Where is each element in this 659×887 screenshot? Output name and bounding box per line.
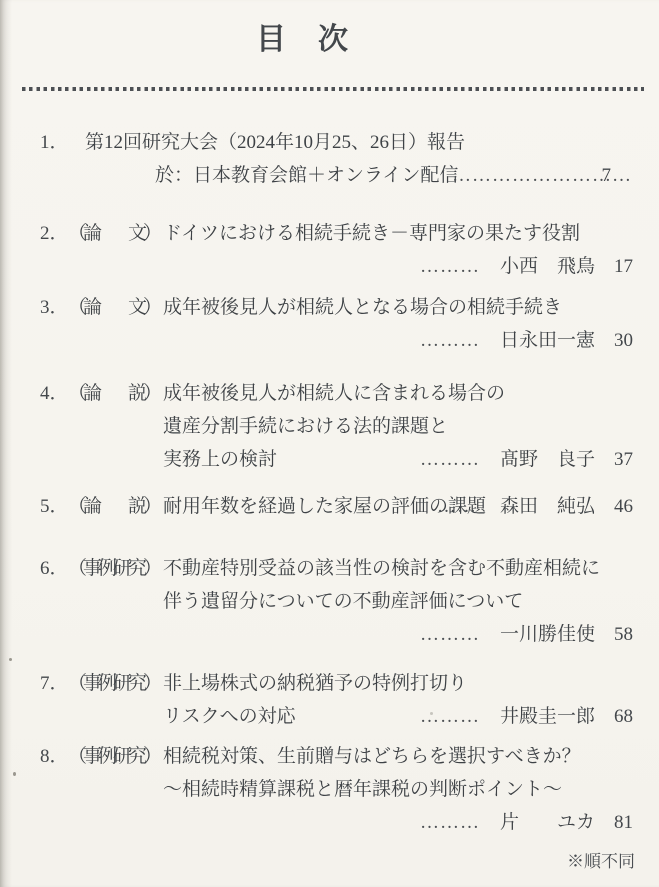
leader-dots: ………	[420, 700, 480, 733]
toc-entry-7-line-1: 7． （事例研究） 非上場株式の納税猶予の特例打切り	[0, 667, 659, 700]
toc-entry-5: 5． （論 説） 耐用年数を経過した家屋の評価の課題 …… 森田 純弘 46	[0, 490, 659, 523]
entry-author: 髙野 良子	[500, 443, 595, 476]
toc-entry-8-line-2: ～相続時精算課税と暦年課税の判断ポイント～	[0, 773, 659, 806]
entry-title-continued: 実務上の検討	[163, 443, 277, 476]
entry-title-continued: ～相続時精算課税と暦年課税の判断ポイント～	[163, 773, 562, 806]
dotted-separator	[22, 87, 644, 91]
scanned-toc-page: 目 次 1． 第12回研究大会（2024年10月25、26日）報告 於：日本教育…	[0, 0, 659, 887]
entry-title: 成年被後見人が相続人に含まれる場合の	[163, 377, 505, 410]
toc-entry-8-line-1: 8． （事例研究） 相続税対策、生前贈与はどちらを選択すべきか？	[0, 740, 659, 773]
page-number: 30	[599, 324, 633, 357]
page-number: 37	[599, 443, 633, 476]
leader-dots: ………	[420, 806, 480, 839]
entry-category: （事例研究）	[68, 552, 158, 585]
leader-dots: ………	[420, 443, 480, 476]
leader-dots: ………	[420, 324, 480, 357]
toc-entry-3: 3． （論 文） 成年被後見人が相続人となる場合の相続手続き ……… 日永田一憲…	[0, 291, 659, 357]
page-number: 58	[599, 618, 633, 651]
toc-entry-3-line-1: 3． （論 文） 成年被後見人が相続人となる場合の相続手続き	[0, 291, 659, 324]
entry-author: 森田 純弘	[500, 490, 595, 523]
toc-entry-4-line-1: 4． （論 説） 成年被後見人が相続人に含まれる場合の	[0, 377, 659, 410]
entry-number: 4．	[40, 377, 69, 410]
entry-number: 7．	[40, 667, 69, 700]
toc-entry-1-line-2: 於：日本教育会館＋オンライン配信 ……………………… 7	[0, 159, 659, 192]
entry-title: 成年被後見人が相続人となる場合の相続手続き	[163, 291, 562, 324]
entry-number: 6．	[40, 552, 69, 585]
entry-title-continued: 遺産分割手続における法的課題と	[163, 410, 448, 443]
toc-entry-8: 8． （事例研究） 相続税対策、生前贈与はどちらを選択すべきか？ ～相続時精算課…	[0, 740, 659, 839]
entry-author: 日永田一憲	[500, 324, 595, 357]
toc-entry-2: 2． （論 文） ドイツにおける相続手続き－専門家の果たす役割 ……… 小西 飛…	[0, 217, 659, 283]
entry-category: （論 文）	[68, 291, 158, 324]
entry-author: 一川勝佳使	[500, 618, 595, 651]
toc-entry-7: 7． （事例研究） 非上場株式の納税猶予の特例打切り リスクへの対応 ……… 井…	[0, 667, 659, 733]
toc-entry-8-line-3: ……… 片 ユカ 81	[0, 806, 659, 839]
entry-author: 井殿圭一郎	[500, 700, 595, 733]
toc-entry-1: 1． 第12回研究大会（2024年10月25、26日）報告 於：日本教育会館＋オ…	[0, 126, 659, 192]
toc-entry-2-line-1: 2． （論 文） ドイツにおける相続手続き－専門家の果たす役割	[0, 217, 659, 250]
entry-number: 2．	[40, 217, 69, 250]
leader-dots: ………	[420, 618, 480, 651]
toc-entry-6: 6． （事例研究） 不動産特別受益の該当性の検討を含む不動産相続に 伴う遺留分に…	[0, 552, 659, 651]
toc-entry-3-line-2: ……… 日永田一憲 30	[0, 324, 659, 357]
toc-entry-2-line-2: ……… 小西 飛鳥 17	[0, 250, 659, 283]
toc-entry-1-line-1: 1． 第12回研究大会（2024年10月25、26日）報告	[0, 126, 659, 159]
page-number: 46	[599, 490, 633, 523]
scan-speck	[13, 772, 16, 776]
page-number: 7	[577, 159, 611, 192]
entry-author: 小西 飛鳥	[500, 250, 595, 283]
toc-entry-7-line-2: リスクへの対応 ……… 井殿圭一郎 68	[0, 700, 659, 733]
entry-title: 不動産特別受益の該当性の検討を含む不動産相続に	[163, 552, 600, 585]
toc-entry-6-line-1: 6． （事例研究） 不動産特別受益の該当性の検討を含む不動産相続に	[0, 552, 659, 585]
entry-category: （論 説）	[68, 490, 158, 523]
toc-entry-5-line-1: 5． （論 説） 耐用年数を経過した家屋の評価の課題 …… 森田 純弘 46	[0, 490, 659, 523]
entry-number: 1．	[40, 126, 69, 159]
toc-entry-4: 4． （論 説） 成年被後見人が相続人に含まれる場合の 遺産分割手続における法的…	[0, 377, 659, 476]
entry-category: （事例研究）	[68, 740, 158, 773]
entry-title: 第12回研究大会（2024年10月25、26日）報告	[85, 126, 465, 159]
entry-subtitle: 於：日本教育会館＋オンライン配信	[155, 159, 458, 192]
leader-dots: ……	[437, 490, 477, 523]
entry-category: （論 説）	[68, 377, 158, 410]
scan-speck	[430, 712, 433, 715]
entry-category: （論 文）	[68, 217, 158, 250]
entry-category: （事例研究）	[68, 667, 158, 700]
order-note: ※順不同	[567, 848, 635, 876]
entry-title: 相続税対策、生前贈与はどちらを選択すべきか？	[163, 740, 581, 773]
leader-dots: ………	[420, 250, 480, 283]
entry-number: 5．	[40, 490, 69, 523]
page-title: 目 次	[0, 14, 632, 58]
entry-title-continued: リスクへの対応	[163, 700, 296, 733]
page-number: 81	[599, 806, 633, 839]
entry-number: 8．	[40, 740, 69, 773]
toc-entry-4-line-2: 遺産分割手続における法的課題と	[0, 410, 659, 443]
entry-title: ドイツにおける相続手続き－専門家の果たす役割	[163, 217, 580, 250]
page-number: 68	[599, 700, 633, 733]
scan-speck	[9, 658, 12, 661]
entry-title: 非上場株式の納税猶予の特例打切り	[163, 667, 467, 700]
entry-author: 片 ユカ	[500, 806, 595, 839]
page-number: 17	[599, 250, 633, 283]
toc-entry-6-line-3: ……… 一川勝佳使 58	[0, 618, 659, 651]
toc-entry-6-line-2: 伴う遺留分についての不動産評価について	[0, 585, 659, 618]
toc-entry-4-line-3: 実務上の検討 ……… 髙野 良子 37	[0, 443, 659, 476]
entry-number: 3．	[40, 291, 69, 324]
entry-title-continued: 伴う遺留分についての不動産評価について	[163, 585, 523, 618]
